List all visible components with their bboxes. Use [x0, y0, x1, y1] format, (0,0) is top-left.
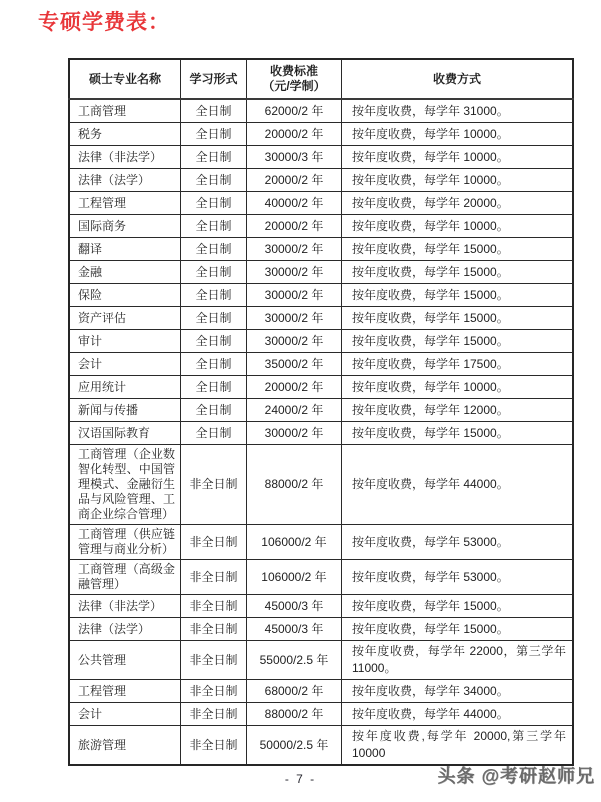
- cell-method: 按年度收费，每学年 15000。: [342, 284, 574, 307]
- table-row: 保险全日制30000/2 年按年度收费，每学年 15000。: [69, 284, 573, 307]
- cell-mode: 全日制: [181, 261, 247, 284]
- cell-mode: 全日制: [181, 376, 247, 399]
- table-body: 工商管理全日制62000/2 年按年度收费，每学年 31000。税务全日制200…: [69, 99, 573, 765]
- cell-major: 汉语国际教育: [69, 422, 181, 445]
- table-row: 翻译全日制30000/2 年按年度收费，每学年 15000。: [69, 238, 573, 261]
- cell-major: 会计: [69, 353, 181, 376]
- cell-method: 按年度收费，每学年 22000，第三学年 11000。: [342, 641, 574, 680]
- cell-mode: 全日制: [181, 192, 247, 215]
- cell-method: 按年度收费，每学年 44000。: [342, 703, 574, 726]
- cell-method: 按年度收费，每学年 12000。: [342, 399, 574, 422]
- table-row: 会计非全日制88000/2 年按年度收费，每学年 44000。: [69, 703, 573, 726]
- header-mode: 学习形式: [181, 59, 247, 99]
- cell-fee: 20000/2 年: [247, 169, 342, 192]
- cell-fee: 20000/2 年: [247, 123, 342, 146]
- cell-fee: 55000/2.5 年: [247, 641, 342, 680]
- cell-major: 保险: [69, 284, 181, 307]
- cell-mode: 全日制: [181, 215, 247, 238]
- table-row: 国际商务全日制20000/2 年按年度收费，每学年 10000。: [69, 215, 573, 238]
- table-row: 公共管理非全日制55000/2.5 年按年度收费，每学年 22000，第三学年 …: [69, 641, 573, 680]
- cell-mode: 全日制: [181, 422, 247, 445]
- table-row: 应用统计全日制20000/2 年按年度收费，每学年 10000。: [69, 376, 573, 399]
- cell-major: 工程管理: [69, 192, 181, 215]
- cell-mode: 非全日制: [181, 726, 247, 766]
- cell-method: 按年度收费，每学年 10000。: [342, 215, 574, 238]
- table-row: 工商管理全日制62000/2 年按年度收费，每学年 31000。: [69, 99, 573, 123]
- cell-major: 法律（法学）: [69, 618, 181, 641]
- cell-fee: 106000/2 年: [247, 560, 342, 595]
- cell-mode: 全日制: [181, 284, 247, 307]
- cell-mode: 非全日制: [181, 680, 247, 703]
- tuition-fee-table: 硕士专业名称 学习形式 收费标准 （元/学制） 收费方式 工商管理全日制6200…: [68, 58, 574, 766]
- cell-major: 资产评估: [69, 307, 181, 330]
- cell-method: 按年度收费，每学年 15000。: [342, 618, 574, 641]
- cell-mode: 非全日制: [181, 703, 247, 726]
- cell-mode: 非全日制: [181, 560, 247, 595]
- table-row: 工商管理（企业数智化转型、中国管理模式、金融衍生品与风险管理、工商企业综合管理）…: [69, 445, 573, 525]
- document-page: 专硕学费表： 硕士专业名称 学习形式 收费标准 （元/学制） 收费方式 工商管理…: [0, 0, 601, 802]
- cell-method: 按年度收费，每学年 10000。: [342, 376, 574, 399]
- cell-method: 按年度收费，每学年 10000。: [342, 169, 574, 192]
- cell-fee: 20000/2 年: [247, 215, 342, 238]
- cell-fee: 106000/2 年: [247, 525, 342, 560]
- cell-major: 工商管理（企业数智化转型、中国管理模式、金融衍生品与风险管理、工商企业综合管理）: [69, 445, 181, 525]
- cell-mode: 全日制: [181, 330, 247, 353]
- cell-mode: 全日制: [181, 99, 247, 123]
- cell-major: 工商管理: [69, 99, 181, 123]
- cell-mode: 非全日制: [181, 641, 247, 680]
- cell-mode: 全日制: [181, 353, 247, 376]
- cell-fee: 30000/2 年: [247, 261, 342, 284]
- cell-method: 按年度收费，每学年 17500。: [342, 353, 574, 376]
- cell-major: 新闻与传播: [69, 399, 181, 422]
- cell-major: 旅游管理: [69, 726, 181, 766]
- cell-major: 金融: [69, 261, 181, 284]
- cell-method: 按年度收费，每学年 44000。: [342, 445, 574, 525]
- header-row: 硕士专业名称 学习形式 收费标准 （元/学制） 收费方式: [69, 59, 573, 99]
- cell-major: 审计: [69, 330, 181, 353]
- cell-major: 法律（非法学）: [69, 595, 181, 618]
- table-row: 工商管理（高级金融管理）非全日制106000/2 年按年度收费，每学年 5300…: [69, 560, 573, 595]
- cell-major: 工商管理（高级金融管理）: [69, 560, 181, 595]
- cell-major: 国际商务: [69, 215, 181, 238]
- cell-method: 按年度收费，每学年 10000。: [342, 123, 574, 146]
- cell-fee: 30000/2 年: [247, 284, 342, 307]
- table-row: 旅游管理非全日制50000/2.5 年按年度收费,每学年 20000,第三学年 …: [69, 726, 573, 766]
- header-fee: 收费标准 （元/学制）: [247, 59, 342, 99]
- header-method: 收费方式: [342, 59, 574, 99]
- table-row: 法律（非法学）非全日制45000/3 年按年度收费，每学年 15000。: [69, 595, 573, 618]
- cell-major: 法律（法学）: [69, 169, 181, 192]
- cell-fee: 30000/2 年: [247, 238, 342, 261]
- cell-method: 按年度收费，每学年 15000。: [342, 238, 574, 261]
- cell-method: 按年度收费，每学年 10000。: [342, 146, 574, 169]
- cell-major: 法律（非法学）: [69, 146, 181, 169]
- table-row: 会计全日制35000/2 年按年度收费，每学年 17500。: [69, 353, 573, 376]
- cell-mode: 非全日制: [181, 618, 247, 641]
- cell-method: 按年度收费，每学年 15000。: [342, 422, 574, 445]
- cell-method: 按年度收费，每学年 53000。: [342, 525, 574, 560]
- table-row: 新闻与传播全日制24000/2 年按年度收费，每学年 12000。: [69, 399, 573, 422]
- cell-fee: 68000/2 年: [247, 680, 342, 703]
- cell-method: 按年度收费，每学年 15000。: [342, 595, 574, 618]
- cell-fee: 45000/3 年: [247, 618, 342, 641]
- cell-fee: 20000/2 年: [247, 376, 342, 399]
- cell-fee: 40000/2 年: [247, 192, 342, 215]
- cell-mode: 全日制: [181, 399, 247, 422]
- cell-mode: 非全日制: [181, 445, 247, 525]
- table-row: 工程管理全日制40000/2 年按年度收费，每学年 20000。: [69, 192, 573, 215]
- cell-method: 按年度收费，每学年 31000。: [342, 99, 574, 123]
- cell-fee: 50000/2.5 年: [247, 726, 342, 766]
- cell-major: 翻译: [69, 238, 181, 261]
- cell-method: 按年度收费，每学年 20000。: [342, 192, 574, 215]
- cell-method: 按年度收费，每学年 15000。: [342, 330, 574, 353]
- table-row: 法律（法学）全日制20000/2 年按年度收费，每学年 10000。: [69, 169, 573, 192]
- cell-fee: 35000/2 年: [247, 353, 342, 376]
- cell-major: 工商管理（供应链管理与商业分析）: [69, 525, 181, 560]
- cell-major: 工程管理: [69, 680, 181, 703]
- table-row: 金融全日制30000/2 年按年度收费，每学年 15000。: [69, 261, 573, 284]
- cell-major: 会计: [69, 703, 181, 726]
- table-row: 工商管理（供应链管理与商业分析）非全日制106000/2 年按年度收费，每学年 …: [69, 525, 573, 560]
- cell-mode: 全日制: [181, 307, 247, 330]
- cell-fee: 30000/3 年: [247, 146, 342, 169]
- cell-mode: 全日制: [181, 146, 247, 169]
- cell-mode: 全日制: [181, 169, 247, 192]
- cell-method: 按年度收费，每学年 15000。: [342, 307, 574, 330]
- cell-fee: 62000/2 年: [247, 99, 342, 123]
- table-row: 法律（法学）非全日制45000/3 年按年度收费，每学年 15000。: [69, 618, 573, 641]
- cell-fee: 30000/2 年: [247, 422, 342, 445]
- table-row: 汉语国际教育全日制30000/2 年按年度收费，每学年 15000。: [69, 422, 573, 445]
- cell-method: 按年度收费，每学年 15000。: [342, 261, 574, 284]
- cell-major: 公共管理: [69, 641, 181, 680]
- cell-mode: 非全日制: [181, 595, 247, 618]
- table-row: 审计全日制30000/2 年按年度收费，每学年 15000。: [69, 330, 573, 353]
- watermark-toutiao: 头条 @考研赵师兄: [437, 762, 595, 788]
- cell-fee: 24000/2 年: [247, 399, 342, 422]
- cell-method: 按年度收费，每学年 53000。: [342, 560, 574, 595]
- cell-fee: 45000/3 年: [247, 595, 342, 618]
- cell-major: 应用统计: [69, 376, 181, 399]
- header-major: 硕士专业名称: [69, 59, 181, 99]
- cell-method: 按年度收费,每学年 20000,第三学年 10000: [342, 726, 574, 766]
- table-row: 税务全日制20000/2 年按年度收费，每学年 10000。: [69, 123, 573, 146]
- cell-fee: 30000/2 年: [247, 307, 342, 330]
- cell-fee: 88000/2 年: [247, 703, 342, 726]
- page-title: 专硕学费表：: [38, 6, 170, 36]
- table-header: 硕士专业名称 学习形式 收费标准 （元/学制） 收费方式: [69, 59, 573, 99]
- cell-mode: 全日制: [181, 123, 247, 146]
- table-row: 工程管理非全日制68000/2 年按年度收费，每学年 34000。: [69, 680, 573, 703]
- cell-major: 税务: [69, 123, 181, 146]
- table-row: 资产评估全日制30000/2 年按年度收费，每学年 15000。: [69, 307, 573, 330]
- cell-fee: 30000/2 年: [247, 330, 342, 353]
- cell-fee: 88000/2 年: [247, 445, 342, 525]
- cell-mode: 全日制: [181, 238, 247, 261]
- header-fee-line1: 收费标准: [270, 64, 318, 78]
- cell-mode: 非全日制: [181, 525, 247, 560]
- cell-method: 按年度收费，每学年 34000。: [342, 680, 574, 703]
- table-row: 法律（非法学）全日制30000/3 年按年度收费，每学年 10000。: [69, 146, 573, 169]
- header-fee-line2: （元/学制）: [262, 79, 325, 93]
